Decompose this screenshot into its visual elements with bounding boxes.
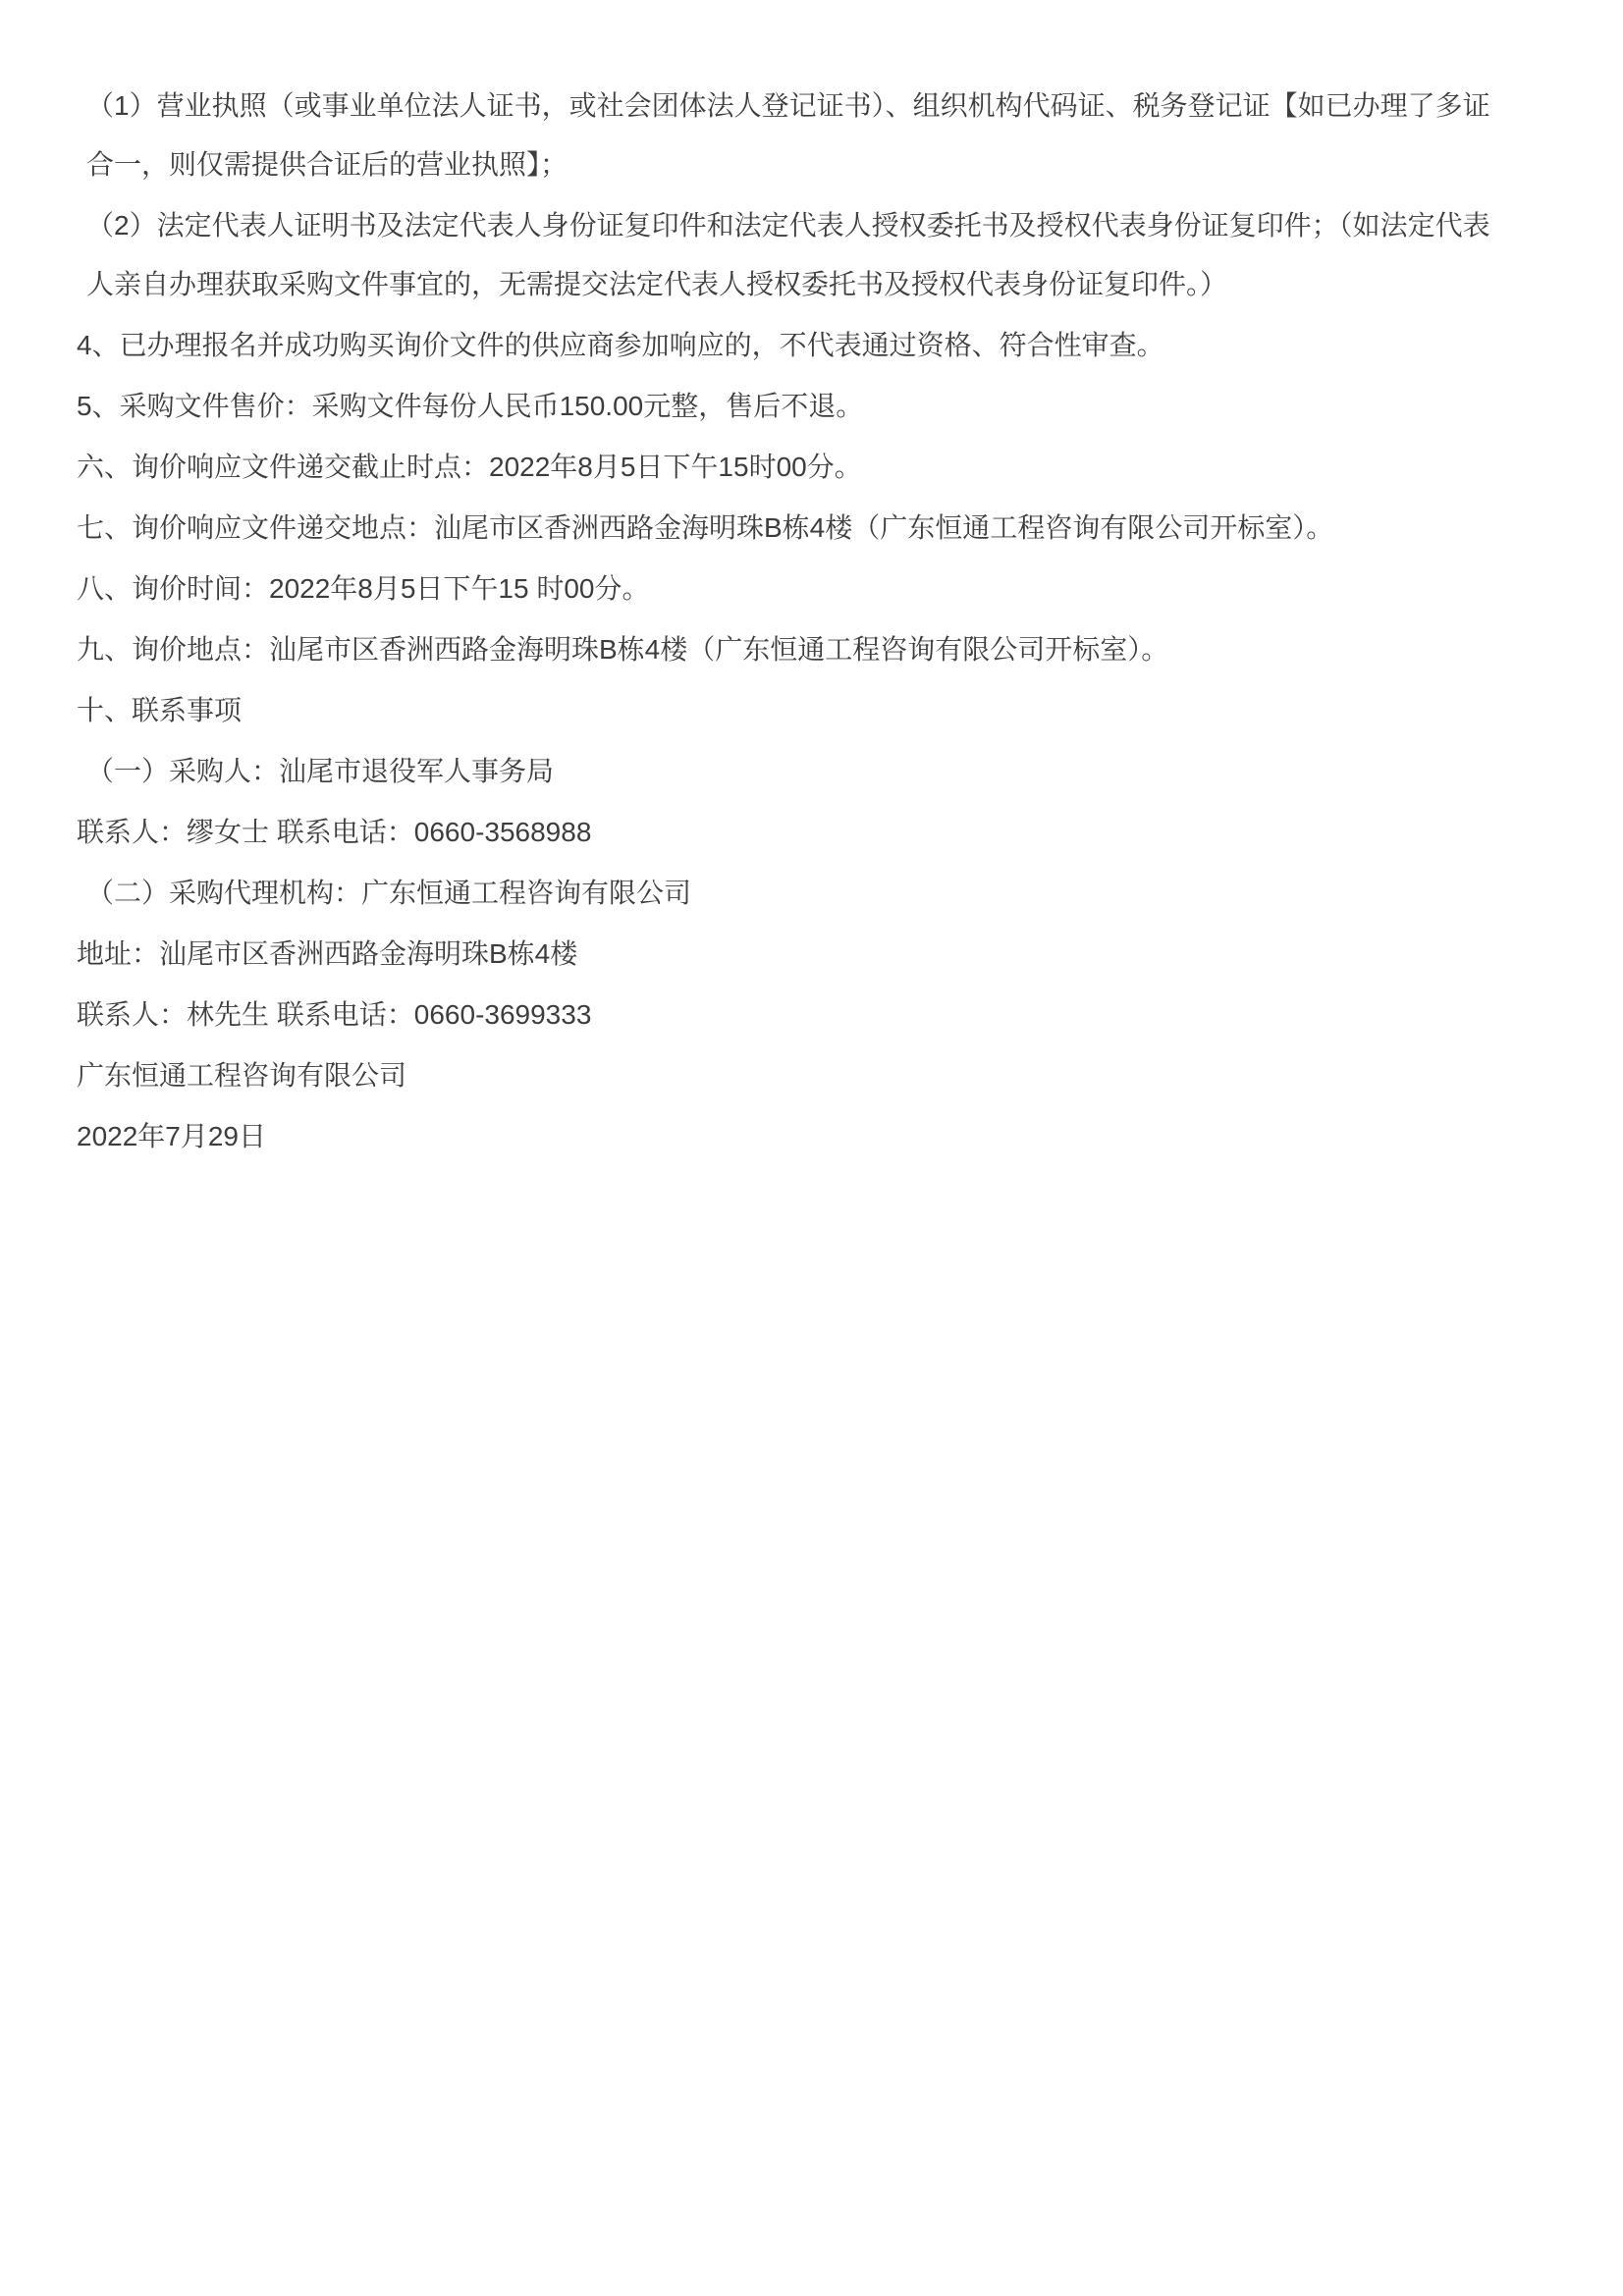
paragraph-1: （1）营业执照（或事业单位法人证书，或社会团体法人登记证书）、组织机构代码证、税… xyxy=(77,77,1505,194)
paragraph-11: 联系人：缪女士 联系电话：0660-3568988 xyxy=(77,803,1505,862)
document-body: （1）营业执照（或事业单位法人证书，或社会团体法人登记证书）、组织机构代码证、税… xyxy=(77,77,1505,1166)
paragraph-10: （一）采购人：汕尾市退役军人事务局 xyxy=(77,742,1505,801)
paragraph-16: 2022年7月29日 xyxy=(77,1107,1505,1166)
paragraph-14: 联系人：林先生 联系电话：0660-3699333 xyxy=(77,986,1505,1044)
paragraph-8: 九、询价地点：汕尾市区香洲西路金海明珠B栋4楼（广东恒通工程咨询有限公司开标室）… xyxy=(77,620,1505,679)
paragraph-7: 八、询价时间：2022年8月5日下午15 时00分。 xyxy=(77,560,1505,618)
paragraph-13: 地址：汕尾市区香洲西路金海明珠B栋4楼 xyxy=(77,925,1505,984)
paragraph-12: （二）采购代理机构：广东恒通工程咨询有限公司 xyxy=(77,864,1505,923)
paragraph-5: 六、询价响应文件递交截止时点：2022年8月5日下午15时00分。 xyxy=(77,438,1505,497)
paragraph-2: （2）法定代表人证明书及法定代表人身份证复印件和法定代表人授权委托书及授权代表身… xyxy=(77,196,1505,314)
paragraph-15: 广东恒通工程咨询有限公司 xyxy=(77,1046,1505,1105)
paragraph-6: 七、询价响应文件递交地点：汕尾市区香洲西路金海明珠B栋4楼（广东恒通工程咨询有限… xyxy=(77,499,1505,558)
document-page: （1）营业执照（或事业单位法人证书，或社会团体法人登记证书）、组织机构代码证、税… xyxy=(0,0,1623,2296)
paragraph-4: 5、采购文件售价：采购文件每份人民币150.00元整，售后不退。 xyxy=(77,377,1505,436)
paragraph-3: 4、已办理报名并成功购买询价文件的供应商参加响应的，不代表通过资格、符合性审查。 xyxy=(77,316,1505,375)
paragraph-9: 十、联系事项 xyxy=(77,681,1505,740)
